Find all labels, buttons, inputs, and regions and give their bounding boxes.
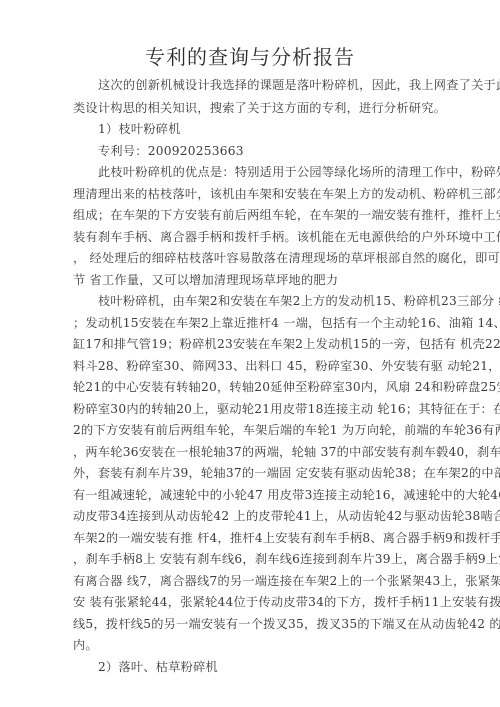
structure-line-17: 内。 xyxy=(73,637,435,653)
advantages-line-3: 组成；在车架的下方安装有前后两组车轮，在车架的一端安装有推杆，推杆上安 xyxy=(73,207,435,223)
structure-line-7: 2的下方安装有前后两组车轮，车架后端的车轮1 为万向轮，前端的车轮36有两个 xyxy=(73,422,435,438)
document-page: 专利的查询与分析报告 这次的创新机械设计我选择的课题是落叶粉碎机，因此，我上网查… xyxy=(0,0,500,707)
structure-line-3: 缸17和排气管19；粉碎机23安装在车架2上发动机15的一旁，包括有 机壳22、… xyxy=(73,336,435,352)
advantages-line-6: 节 省工作量，又可以增加清理现场草坪地的肥力 xyxy=(73,272,435,288)
structure-line-13: ，刹车手柄8上 安装有刹车线6，刹车线6连接到刹车片39上，离合器手柄9上安装 xyxy=(73,551,435,567)
section1-heading: 1）枝叶粉碎机 xyxy=(98,121,460,137)
structure-line-15: 安 装有张紧轮44，张紧轮44位于传动皮带34的下方，拨杆手柄11上安装有拨杆 xyxy=(73,594,435,610)
structure-line-9: 外，套装有刹车片39，轮轴37的一端固 定安装有驱动齿轮38；在车架2的中部安装 xyxy=(73,465,435,481)
patent-number: 专利号：200920253663 xyxy=(98,143,460,159)
advantages-line-4: 装有刹车手柄、离合器手柄和拨杆手柄。该机能在无电源供给的户外环境中工作 xyxy=(73,229,435,245)
structure-line-8: ，两车轮36安装在一根轮轴37的两端，轮轴 37的中部安装有刹车毂40，刹车毂4… xyxy=(73,444,435,460)
structure-line-16: 线5，拨杆线5的另一端安装有一个拨叉35，拨叉35的下端叉在从动齿轮42 的叉槽 xyxy=(73,616,435,632)
document-title: 专利的查询与分析报告 xyxy=(0,44,500,70)
advantages-line-1: 此枝叶粉碎机的优点是：特别适用于公园等绿化场所的清理工作中，粉碎处 xyxy=(98,164,460,180)
structure-line-6: 粉碎室30内的转轴20上，驱动轮21用皮带18连接主动 轮16；其特征在于：在车… xyxy=(73,401,435,417)
structure-line-4: 料斗28、粉碎室30、筛网33、出料口 45，粉碎室30、外安装有驱 动轮21，… xyxy=(73,358,435,374)
structure-line-14: 有离合器 线7，离合器线7的另一端连接在车架2上的一个张紧架43上，张紧架43上 xyxy=(73,573,435,589)
structure-line-11: 动皮带34连接到从动齿轮42 上的皮带轮41上，从动齿轮42与驱动齿轮38啮合；… xyxy=(73,508,435,524)
structure-line-5: 轮21的中心安装有转轴20，转轴20延伸至粉碎室30内，风扇 24和粉碎盘25安… xyxy=(73,379,435,395)
structure-line-2: ；发动机15安装在车架2上靠近推杆4 一端，包括有一个主动轮16、油箱 14、气 xyxy=(73,315,435,331)
intro-line-1: 这次的创新机械设计我选择的课题是落叶粉碎机，因此，我上网查了关于此 xyxy=(98,77,460,93)
advantages-line-2: 理清理出来的枯枝落叶，该机由车架和安装在车架上方的发动机、粉碎机三部分 xyxy=(73,186,435,202)
advantages-line-5: ， 经处理后的细碎枯枝落叶容易散落在清理现场的草坪根部自然的腐化，即可以 xyxy=(73,250,435,266)
section2-heading: 2）落叶、枯草粉碎机 xyxy=(98,659,460,675)
intro-line-2: 类设计构思的相关知识，搜索了关于这方面的专利，进行分析研究。 xyxy=(73,100,435,116)
structure-line-1: 枝叶粉碎机，由车架2和安装在车架2上方的发动机15、粉碎机23三部分 组成 xyxy=(98,293,460,309)
structure-line-10: 有一组减速轮，减速轮中的小轮47 用皮带3连接主动轮16，减速轮中的大轮46用传 xyxy=(73,487,435,503)
structure-line-12: 车架2的一端安装有推 杆4，推杆4上安装有刹车手柄8、离合器手柄9和拨杆手柄11 xyxy=(73,530,435,546)
